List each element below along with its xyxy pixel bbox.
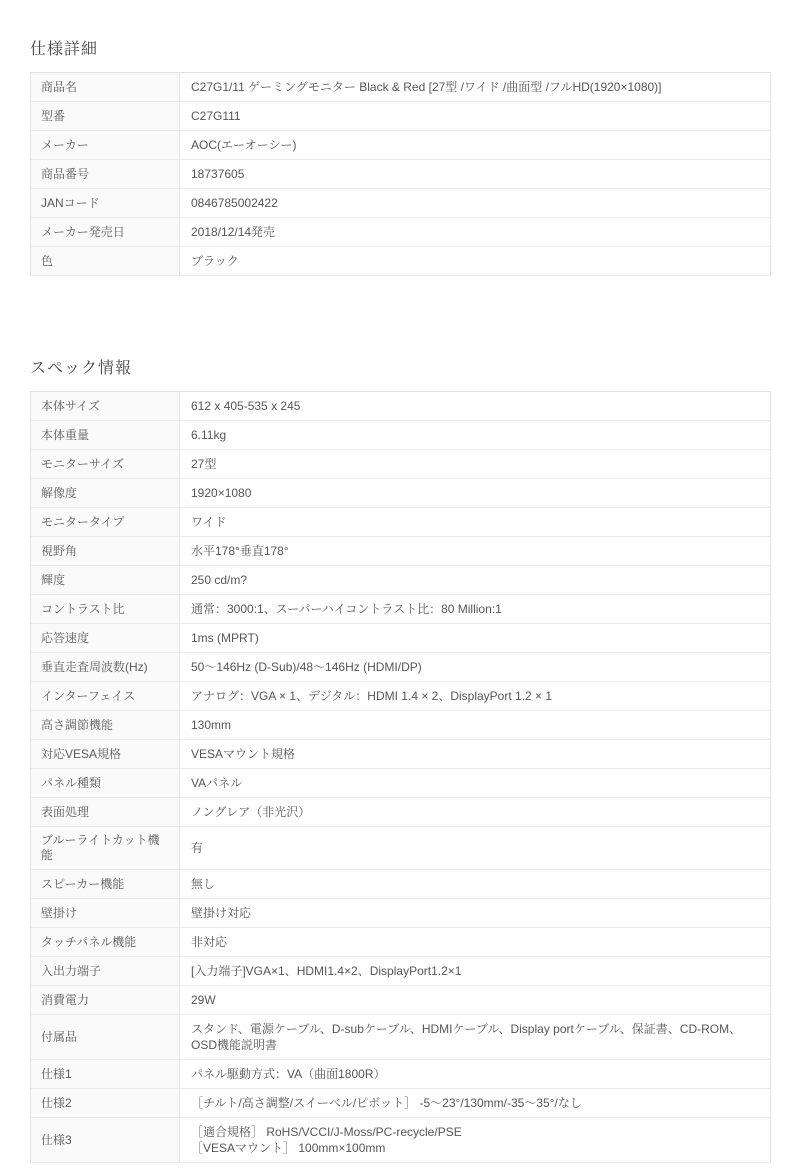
spec-row-value: VAパネル	[180, 769, 770, 797]
spec-table-row: 輝度250 cd/m?	[31, 566, 770, 595]
spec-row-label: ブルーライトカット機能	[31, 827, 180, 869]
spec-row-label: JANコード	[31, 189, 180, 217]
spec-row-value: 水平178°垂直178°	[180, 537, 770, 565]
spec-table-row: タッチパネル機能非対応	[31, 928, 770, 957]
spec-table-row: モニタータイプワイド	[31, 508, 770, 537]
spec-row-value: 50～146Hz (D-Sub)/48～146Hz (HDMI/DP)	[180, 653, 770, 681]
spec-row-value: アナログ：VGA × 1、デジタル：HDMI 1.4 × 2、DisplayPo…	[180, 682, 770, 710]
spec-row-value: ［チルト/高さ調整/スイーベル/ピボット］ -5～23°/130mm/-35～3…	[180, 1089, 770, 1117]
spec-row-label: タッチパネル機能	[31, 928, 180, 956]
spec-table-row: 色ブラック	[31, 247, 770, 276]
spec-row-label: 色	[31, 247, 180, 275]
spec-table-row: 本体サイズ612 x 405-535 x 245	[31, 392, 770, 421]
spec-row-label: 入出力端子	[31, 957, 180, 985]
spec-row-label: 消費電力	[31, 986, 180, 1014]
spec-row-label: スピーカー機能	[31, 870, 180, 898]
spec-row-value: 1ms (MPRT)	[180, 624, 770, 652]
spec-table-row: 解像度1920×1080	[31, 479, 770, 508]
spec-row-value: ノングレア（非光沢）	[180, 798, 770, 826]
spec-row-value: スタンド、電源ケーブル、D-subケーブル、HDMIケーブル、Display p…	[180, 1015, 770, 1059]
spec-row-label: 本体重量	[31, 421, 180, 449]
spec-row-label: 型番	[31, 102, 180, 130]
spec-table-row: 入出力端子[入力端子]VGA×1、HDMI1.4×2、DisplayPort1.…	[31, 957, 770, 986]
spec-row-value: ブラック	[180, 247, 770, 275]
spec-row-label: メーカー	[31, 131, 180, 159]
spec-row-label: 垂直走査周波数(Hz)	[31, 653, 180, 681]
spec-row-label: モニターサイズ	[31, 450, 180, 478]
spec-table-row: ブルーライトカット機能有	[31, 827, 770, 870]
spec-row-value: 612 x 405-535 x 245	[180, 392, 770, 420]
spec-row-label: 壁掛け	[31, 899, 180, 927]
spec-details-section: 仕様詳細 商品名C27G1/11 ゲーミングモニター Black & Red […	[30, 36, 771, 276]
spec-row-value: 250 cd/m?	[180, 566, 770, 594]
spec-table-row: 仕様2［チルト/高さ調整/スイーベル/ピボット］ -5～23°/130mm/-3…	[31, 1089, 770, 1118]
spec-table-row: 仕様1パネル駆動方式：VA（曲面1800R）	[31, 1060, 770, 1089]
spec-row-label: メーカー発売日	[31, 218, 180, 246]
spec-table-row: JANコード0846785002422	[31, 189, 770, 218]
spec-row-value: 0846785002422	[180, 189, 770, 217]
spec-row-label: 商品名	[31, 73, 180, 101]
spec-row-label: 表面処理	[31, 798, 180, 826]
spec-table-row: 型番C27G111	[31, 102, 770, 131]
spec-info-table: 本体サイズ612 x 405-535 x 245本体重量6.11kgモニターサイ…	[30, 391, 771, 1163]
spec-table-row: 応答速度1ms (MPRT)	[31, 624, 770, 653]
spec-info-section: スペック情報 本体サイズ612 x 405-535 x 245本体重量6.11k…	[30, 355, 771, 1163]
spec-row-label: 付属品	[31, 1015, 180, 1059]
spec-table-row: 仕様3［適合規格］ RoHS/VCCI/J-Moss/PC-recycle/PS…	[31, 1118, 770, 1163]
product-spec-page: 仕様詳細 商品名C27G1/11 ゲーミングモニター Black & Red […	[0, 0, 788, 1171]
spec-details-table: 商品名C27G1/11 ゲーミングモニター Black & Red [27型 /…	[30, 72, 771, 276]
spec-row-value: 無し	[180, 870, 770, 898]
spec-row-label: パネル種類	[31, 769, 180, 797]
spec-table-row: モニターサイズ27型	[31, 450, 770, 479]
spec-row-label: 商品番号	[31, 160, 180, 188]
spec-row-value: パネル駆動方式：VA（曲面1800R）	[180, 1060, 770, 1088]
spec-table-row: メーカー発売日2018/12/14発売	[31, 218, 770, 247]
spec-info-title: スペック情報	[30, 355, 771, 378]
spec-row-label: 視野角	[31, 537, 180, 565]
spec-row-label: 仕様3	[31, 1118, 180, 1162]
spec-row-label: 本体サイズ	[31, 392, 180, 420]
spec-table-row: 付属品スタンド、電源ケーブル、D-subケーブル、HDMIケーブル、Displa…	[31, 1015, 770, 1060]
spec-row-value: 壁掛け対応	[180, 899, 770, 927]
spec-row-label: 応答速度	[31, 624, 180, 652]
spec-row-label: インターフェイス	[31, 682, 180, 710]
spec-row-value: 1920×1080	[180, 479, 770, 507]
spec-row-label: コントラスト比	[31, 595, 180, 623]
spec-table-row: 商品名C27G1/11 ゲーミングモニター Black & Red [27型 /…	[31, 73, 770, 102]
spec-table-row: 対応VESA規格VESAマウント規格	[31, 740, 770, 769]
spec-table-row: メーカーAOC(エーオーシー)	[31, 131, 770, 160]
spec-table-row: 商品番号18737605	[31, 160, 770, 189]
spec-row-value: 通常：3000:1、スーパーハイコントラスト比：80 Million:1	[180, 595, 770, 623]
spec-row-value: AOC(エーオーシー)	[180, 131, 770, 159]
spec-row-label: 仕様1	[31, 1060, 180, 1088]
spec-table-row: 壁掛け壁掛け対応	[31, 899, 770, 928]
spec-row-value: 29W	[180, 986, 770, 1014]
spec-table-row: 表面処理ノングレア（非光沢）	[31, 798, 770, 827]
spec-table-row: 垂直走査周波数(Hz)50～146Hz (D-Sub)/48～146Hz (HD…	[31, 653, 770, 682]
spec-table-row: 消費電力29W	[31, 986, 770, 1015]
spec-row-value: C27G111	[180, 102, 770, 130]
spec-row-value: C27G1/11 ゲーミングモニター Black & Red [27型 /ワイド…	[180, 73, 770, 101]
spec-row-value: ワイド	[180, 508, 770, 536]
spec-table-row: パネル種類VAパネル	[31, 769, 770, 798]
spec-row-value: 非対応	[180, 928, 770, 956]
spec-row-label: 解像度	[31, 479, 180, 507]
spec-details-title: 仕様詳細	[30, 36, 771, 59]
spec-row-value: 有	[180, 827, 770, 869]
spec-table-row: 本体重量6.11kg	[31, 421, 770, 450]
spec-row-label: 対応VESA規格	[31, 740, 180, 768]
spec-table-row: 視野角水平178°垂直178°	[31, 537, 770, 566]
spec-row-label: 仕様2	[31, 1089, 180, 1117]
spec-row-value: 18737605	[180, 160, 770, 188]
spec-table-row: コントラスト比通常：3000:1、スーパーハイコントラスト比：80 Millio…	[31, 595, 770, 624]
spec-row-label: 高さ調節機能	[31, 711, 180, 739]
spec-table-row: 高さ調節機能130mm	[31, 711, 770, 740]
spec-row-value: 27型	[180, 450, 770, 478]
spec-row-value: 2018/12/14発売	[180, 218, 770, 246]
spec-row-value: [入力端子]VGA×1、HDMI1.4×2、DisplayPort1.2×1	[180, 957, 770, 985]
spec-row-label: モニタータイプ	[31, 508, 180, 536]
spec-row-value: ［適合規格］ RoHS/VCCI/J-Moss/PC-recycle/PSE ［…	[180, 1118, 770, 1162]
spec-row-value: VESAマウント規格	[180, 740, 770, 768]
spec-row-value: 6.11kg	[180, 421, 770, 449]
spec-table-row: スピーカー機能無し	[31, 870, 770, 899]
spec-table-row: インターフェイスアナログ：VGA × 1、デジタル：HDMI 1.4 × 2、D…	[31, 682, 770, 711]
spec-row-label: 輝度	[31, 566, 180, 594]
spec-row-value: 130mm	[180, 711, 770, 739]
